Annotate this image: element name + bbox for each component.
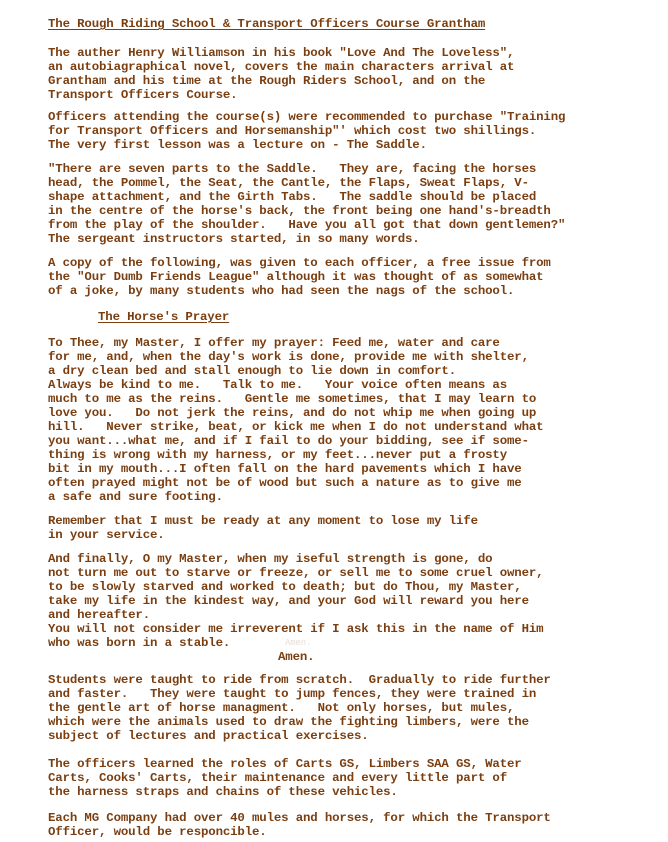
text-line: Officers attending the course(s) were re…: [48, 110, 565, 124]
text-line: You will not consider me irreverent if I…: [48, 622, 543, 636]
text-line: to be slowly starved and worked to death…: [48, 580, 522, 594]
text-line: often prayed might not be of wood but su…: [48, 476, 522, 490]
text-line: The auther Henry Williamson in his book …: [48, 46, 514, 60]
text-line: which were the animals used to draw the …: [48, 715, 529, 729]
text-line: an autobiagraphical novel, covers the ma…: [48, 60, 514, 74]
text-line: thing is wrong with my harness, or my fe…: [48, 448, 507, 462]
text-line: subject of lectures and practical exerci…: [48, 729, 369, 743]
text-line: for Transport Officers and Horsemanship"…: [48, 124, 536, 138]
text-line: in the centre of the horse's back, the f…: [48, 204, 551, 218]
text-line: Carts, Cooks' Carts, their maintenance a…: [48, 771, 507, 785]
text-line: the gentle art of horse managment. Not o…: [48, 701, 514, 715]
text-line: The officers learned the roles of Carts …: [48, 757, 522, 771]
text-line: in your service.: [48, 528, 165, 542]
text-line: love you. Do not jerk the reins, and do …: [48, 406, 536, 420]
text-line: you want...what me, and if I fail to do …: [48, 434, 529, 448]
text-line: A copy of the following, was given to ea…: [48, 256, 551, 270]
text-line: and faster. They were taught to jump fen…: [48, 687, 536, 701]
text-line: a safe and sure footing.: [48, 490, 223, 504]
text-line: bit in my mouth...I often fall on the ha…: [48, 462, 522, 476]
text-line: The very first lesson was a lecture on -…: [48, 138, 427, 152]
text-line: Transport Officers Course.: [48, 88, 237, 102]
text-line: the harness straps and chains of these v…: [48, 785, 398, 799]
text-line: shape attachment, and the Girth Tabs. Th…: [48, 190, 536, 204]
prayer-closing: Amen.: [278, 650, 314, 664]
text-line: Each MG Company had over 40 mules and ho…: [48, 811, 551, 825]
text-line: To Thee, my Master, I offer my prayer: F…: [48, 336, 500, 350]
text-line: Grantham and his time at the Rough Rider…: [48, 74, 485, 88]
text-line: much to me as the reins. Gentle me somet…: [48, 392, 536, 406]
text-line: Officer, would be responcible.: [48, 825, 267, 839]
text-line: who was born in a stable.: [48, 636, 230, 650]
text-line: take my life in the kindest way, and you…: [48, 594, 529, 608]
text-line: Remember that I must be ready at any mom…: [48, 514, 478, 528]
text-line: from the play of the shoulder. Have you …: [48, 218, 565, 232]
text-line: The sergeant instructors started, in so …: [48, 232, 420, 246]
text-line: Students were taught to ride from scratc…: [48, 673, 551, 687]
text-line: for me, and, when the day's work is done…: [48, 350, 529, 364]
text-line: head, the Pommel, the Seat, the Cantle, …: [48, 176, 529, 190]
text-line: of a joke, by many students who had seen…: [48, 284, 514, 298]
text-line: a dry clean bed and stall enough to lie …: [48, 364, 456, 378]
prayer-heading: The Horse's Prayer: [98, 310, 229, 324]
text-line: and hereafter.: [48, 608, 150, 622]
document-title: The Rough Riding School & Transport Offi…: [48, 17, 485, 31]
ghost-text: Amen.: [285, 638, 311, 648]
text-line: "There are seven parts to the Saddle. Th…: [48, 162, 536, 176]
text-line: Always be kind to me. Talk to me. Your v…: [48, 378, 507, 392]
text-line: not turn me out to starve or freeze, or …: [48, 566, 543, 580]
text-line: hill. Never strike, beat, or kick me whe…: [48, 420, 543, 434]
text-line: the "Our Dumb Friends League" although i…: [48, 270, 543, 284]
text-line: And finally, O my Master, when my iseful…: [48, 552, 492, 566]
